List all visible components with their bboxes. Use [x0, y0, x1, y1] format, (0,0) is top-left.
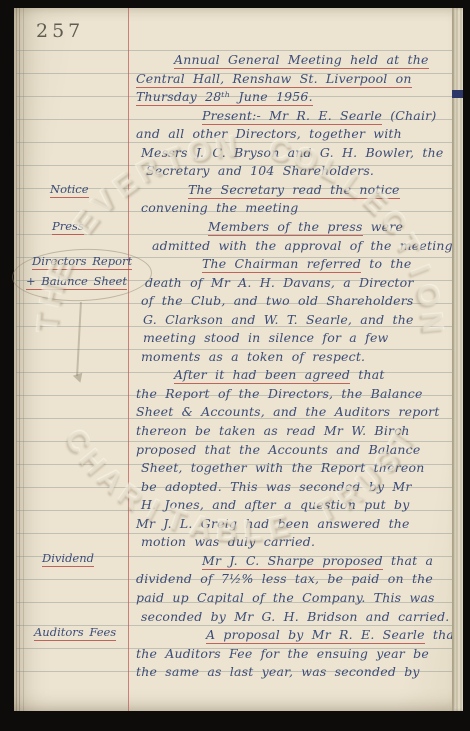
handwritten-line: paid up Capital of the Company. This was: [136, 589, 435, 606]
handwritten-line: of the Club, and two old Shareholders: [141, 292, 414, 309]
handwritten-line: meeting stood in silence for a few: [143, 329, 388, 346]
handwritten-line: Secretary and 104 Shareholders.: [146, 162, 374, 179]
handwritten-line: Annual General Meeting held at the: [174, 51, 429, 68]
handwritten-line: and all other Directors, together with: [136, 125, 402, 142]
handwritten-line: Sheet, together with the Report thereon: [141, 459, 424, 476]
underlined-text: Thursday 28ᵗʰ June 1956.: [136, 89, 313, 106]
text: admitted with the approval of the meetin…: [152, 238, 457, 253]
text: Messrs J. C. Bryson and G. H. Bowler, th…: [141, 145, 443, 160]
scanned-minute-book: 257 NoticePressDirectors Report+ Balance…: [0, 0, 470, 731]
text: Sheet & Accounts, and the Auditors repor…: [136, 404, 440, 419]
margin-note: + Balance Sheet: [26, 274, 127, 290]
handwritten-line: G. Clarkson and W. T. Searle, and the: [143, 311, 414, 328]
underlined-text: Present:- Mr R. E. Searle: [202, 108, 382, 125]
handwritten-line: the Auditors Fee for the ensuing year be: [136, 645, 429, 662]
underlined-text: A proposal by Mr R. E. Searle: [206, 627, 425, 644]
ledger-page: 257 NoticePressDirectors Report+ Balance…: [14, 8, 463, 711]
text: of the Club, and two old Shareholders: [141, 293, 414, 308]
margin-note: Notice: [50, 182, 89, 198]
handwritten-line: moments as a token of respect.: [141, 348, 365, 365]
text: paid up Capital of the Company. This was: [136, 590, 435, 605]
handwritten-line: The Chairman referred to the: [202, 255, 411, 272]
margin-rule-line: [128, 8, 129, 711]
text: were: [363, 219, 403, 234]
text: Secretary and 104 Shareholders.: [146, 163, 374, 178]
text: that: [350, 367, 385, 382]
text: (Chair): [382, 108, 436, 123]
handwritten-line: convening the meeting: [141, 199, 298, 216]
main-text: Annual General Meeting held at theCentra…: [136, 51, 458, 681]
underlined-text: Annual General Meeting held at the: [174, 52, 429, 69]
text: thereon be taken as read Mr W. Birch: [136, 423, 410, 438]
handwritten-line: Mr J. C. Sharpe proposed that a: [202, 552, 433, 569]
handwritten-line: Thursday 28ᵗʰ June 1956.: [136, 88, 313, 105]
handwritten-line: Messrs J. C. Bryson and G. H. Bowler, th…: [141, 144, 443, 161]
page-edge-strip: [452, 8, 463, 711]
handwritten-line: Members of the press were: [208, 218, 403, 235]
handwritten-line: A proposal by Mr R. E. Searle that: [206, 626, 459, 643]
handwritten-line: admitted with the approval of the meetin…: [152, 237, 457, 254]
text: convening the meeting: [141, 200, 298, 215]
handwritten-line: proposed that the Accounts and Balance: [136, 441, 420, 458]
text: the same as last year, was seconded by: [136, 664, 420, 679]
handwritten-line: Mr J. L. Greig had been answered the: [136, 515, 410, 532]
text: H. Jones, and after a question put by: [141, 497, 410, 512]
text: death of Mr A. H. Davans, a Director: [145, 275, 414, 290]
text: dividend of 7½% less tax, be paid on the: [136, 571, 433, 586]
text: G. Clarkson and W. T. Searle, and the: [143, 312, 414, 327]
page-edge-mark: [452, 90, 463, 98]
text: be adopted. This was seconded by Mr: [141, 479, 412, 494]
handwritten-line: the Report of the Directors, the Balance: [136, 385, 423, 402]
handwritten-line: seconded by Mr G. H. Bridson and carried…: [141, 608, 449, 625]
text: proposed that the Accounts and Balance: [136, 442, 420, 457]
text: that a: [383, 553, 433, 568]
handwritten-line: Central Hall, Renshaw St. Liverpool on: [136, 70, 412, 87]
handwritten-line: the same as last year, was seconded by: [136, 663, 420, 680]
handwritten-line: Sheet & Accounts, and the Auditors repor…: [136, 403, 440, 420]
underlined-text: Members of the press: [208, 219, 363, 236]
text: the Report of the Directors, the Balance: [136, 386, 423, 401]
underlined-text: The Secretary read the notice: [188, 182, 400, 199]
handwritten-line: Present:- Mr R. E. Searle (Chair): [202, 107, 436, 124]
underlined-text: Central Hall, Renshaw St. Liverpool on: [136, 71, 412, 88]
handwritten-line: be adopted. This was seconded by Mr: [141, 478, 412, 495]
text: meeting stood in silence for a few: [143, 330, 388, 345]
handwritten-line: The Secretary read the notice: [188, 181, 400, 198]
text: moments as a token of respect.: [141, 349, 365, 364]
text: the Auditors Fee for the ensuing year be: [136, 646, 429, 661]
text: motion was duly carried.: [141, 534, 315, 549]
text: and all other Directors, together with: [136, 126, 402, 141]
underlined-text: Mr J. C. Sharpe proposed: [202, 553, 383, 570]
handwritten-line: thereon be taken as read Mr W. Birch: [136, 422, 410, 439]
text: Mr J. L. Greig had been answered the: [136, 516, 410, 531]
text: seconded by Mr G. H. Bridson and carried…: [141, 609, 449, 624]
margin-note: Press: [52, 219, 84, 235]
margin-notes: NoticePressDirectors Report+ Balance She…: [14, 8, 128, 711]
margin-note: Auditors Fees: [34, 625, 116, 641]
handwritten-line: motion was duly carried.: [141, 533, 315, 550]
handwritten-line: death of Mr A. H. Davans, a Director: [145, 274, 414, 291]
handwritten-line: H. Jones, and after a question put by: [141, 496, 410, 513]
handwritten-line: After it had been agreed that: [174, 366, 385, 383]
text: Sheet, together with the Report thereon: [141, 460, 424, 475]
text: to the: [361, 256, 411, 271]
underlined-text: The Chairman referred: [202, 256, 361, 273]
margin-note: Directors Report: [32, 254, 132, 270]
margin-note: Dividend: [42, 551, 94, 567]
handwritten-line: dividend of 7½% less tax, be paid on the: [136, 570, 433, 587]
underlined-text: After it had been agreed: [174, 367, 350, 384]
